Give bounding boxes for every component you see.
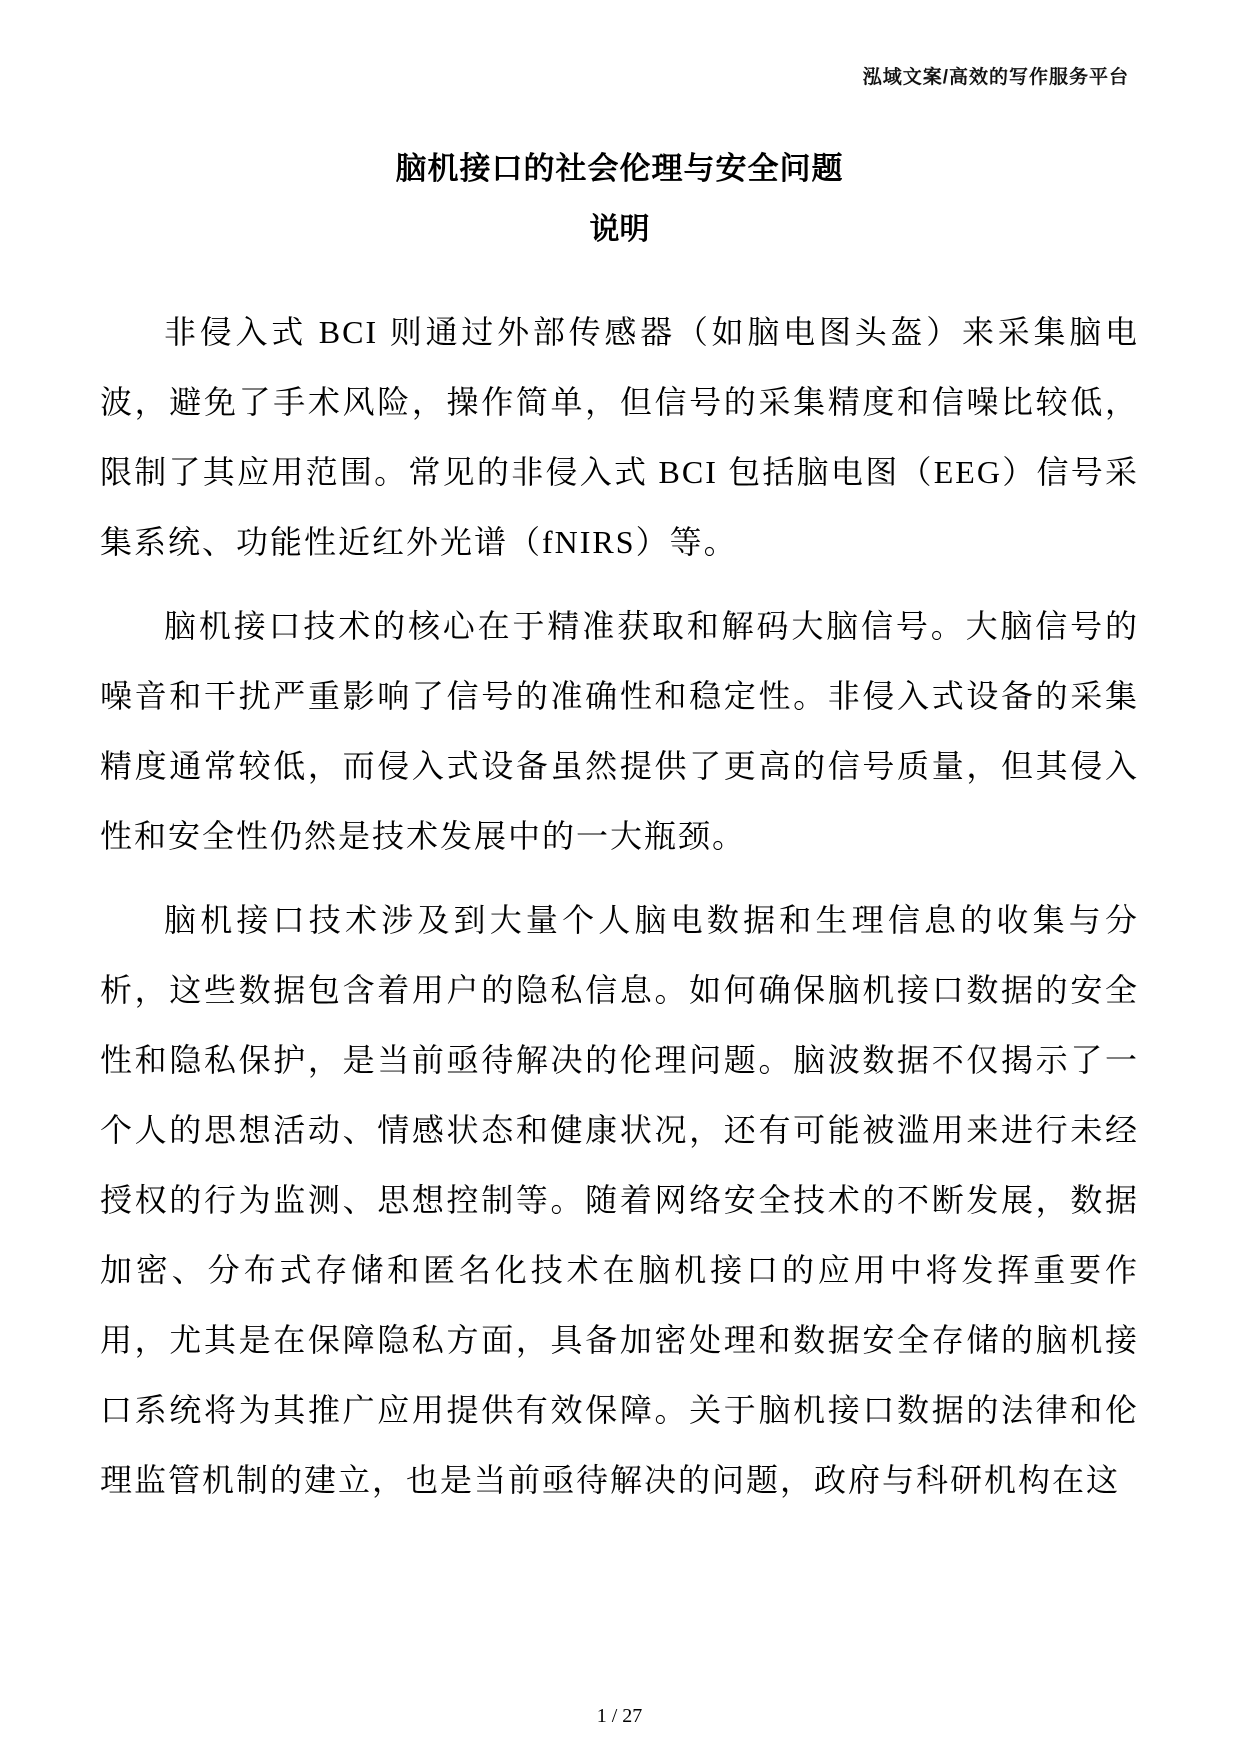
body-paragraph-1: 非侵入式 BCI 则通过外部传感器（如脑电图头盔）来采集脑电波，避免了手术风险，…: [100, 297, 1139, 577]
body-paragraph-3: 脑机接口技术涉及到大量个人脑电数据和生理信息的收集与分析，这些数据包含着用户的隐…: [100, 885, 1139, 1515]
page-number: 1 / 27: [0, 1705, 1239, 1728]
page-title: 脑机接口的社会伦理与安全问题: [0, 147, 1239, 191]
document-body: 非侵入式 BCI 则通过外部传感器（如脑电图头盔）来采集脑电波，避免了手术风险，…: [100, 297, 1139, 1515]
section-subtitle: 说明: [0, 209, 1239, 251]
document-page: 泓域文案/高效的写作服务平台 脑机接口的社会伦理与安全问题 说明 非侵入式 BC…: [0, 0, 1239, 1754]
body-paragraph-2: 脑机接口技术的核心在于精准获取和解码大脑信号。大脑信号的噪音和干扰严重影响了信号…: [100, 591, 1139, 871]
header-brand: 泓域文案/高效的写作服务平台: [0, 62, 1239, 89]
